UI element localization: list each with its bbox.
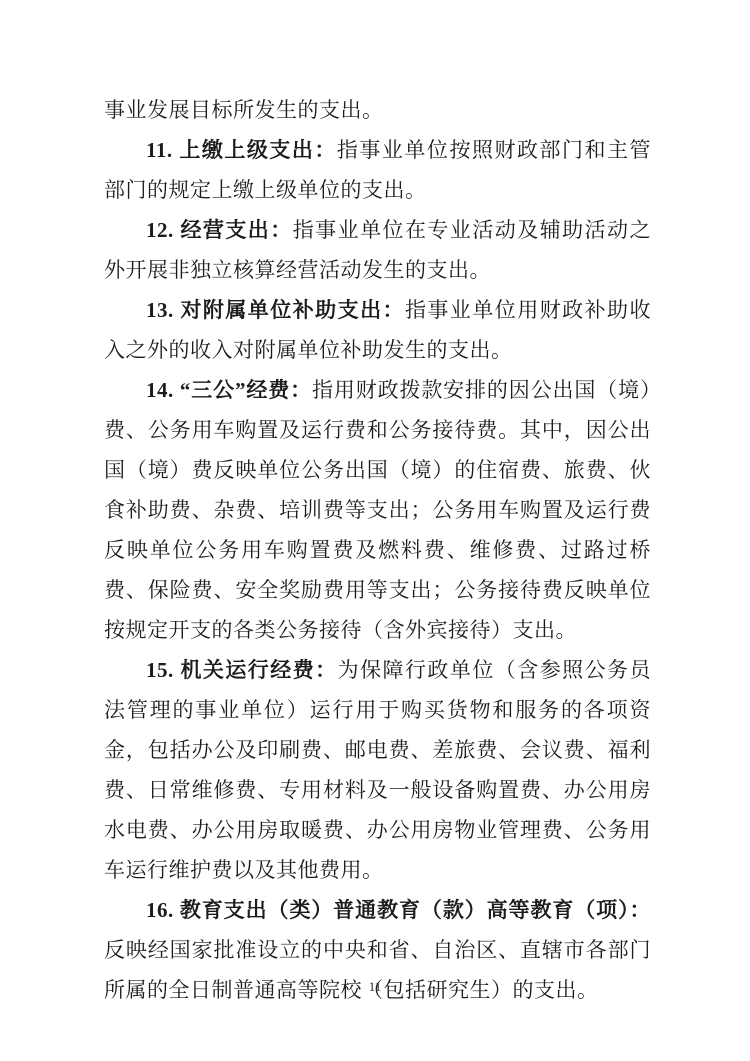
page-footer: 11 — [0, 978, 750, 996]
definition-term: 16. 教育支出（类）普通教育（款）高等教育（项）： — [146, 898, 651, 922]
definition-term: 12. 经营支出： — [146, 218, 293, 242]
definition-term: 11. 上缴上级支出： — [146, 138, 337, 162]
definition-term: 13. 对附属单位补助支出： — [146, 298, 405, 322]
definition-item-14: 14. “三公”经费：指用财政拨款安排的因公出国（境）费、公务用车购置及运行费和… — [104, 370, 651, 650]
definition-term: 14. “三公”经费： — [146, 378, 312, 402]
paragraph-continuation: 事业发展目标所发生的支出。 — [104, 90, 651, 130]
definition-item-13: 13. 对附属单位补助支出：指事业单位用财政补助收入之外的收入对附属单位补助发生… — [104, 290, 651, 370]
paragraph-body: 事业发展目标所发生的支出。 — [104, 98, 384, 122]
page-number: 11 — [369, 979, 382, 994]
definition-body: 为保障行政单位（含参照公务员法管理的事业单位）运行用于购买货物和服务的各项资金，… — [104, 658, 651, 882]
document-page: 事业发展目标所发生的支出。 11. 上缴上级支出：指事业单位按照财政部门和主管部… — [0, 0, 750, 1061]
definition-item-12: 12. 经营支出：指事业单位在专业活动及辅助活动之外开展非独立核算经营活动发生的… — [104, 210, 651, 290]
definition-body: 指用财政拨款安排的因公出国（境）费、公务用车购置及运行费和公务接待费。其中，因公… — [104, 378, 651, 642]
definition-item-11: 11. 上缴上级支出：指事业单位按照财政部门和主管部门的规定上缴上级单位的支出。 — [104, 130, 651, 210]
definition-term: 15. 机关运行经费： — [146, 658, 338, 682]
document-text-block: 事业发展目标所发生的支出。 11. 上缴上级支出：指事业单位按照财政部门和主管部… — [104, 90, 651, 1010]
definition-item-15: 15. 机关运行经费：为保障行政单位（含参照公务员法管理的事业单位）运行用于购买… — [104, 650, 651, 890]
